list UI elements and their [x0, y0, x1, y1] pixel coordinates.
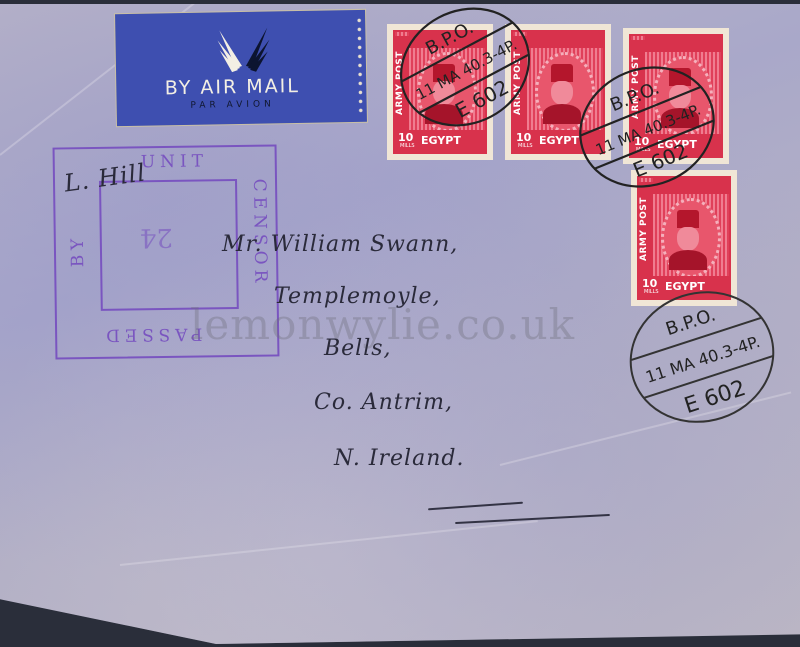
airmail-subtitle: PAR AVION	[117, 98, 349, 112]
stamp-side-text: ARMY POST	[631, 40, 645, 134]
portrait	[551, 64, 573, 82]
stamp-side-text: ARMY POST	[639, 182, 653, 276]
censor-by-text: BY	[68, 234, 88, 268]
stamp-unit: MILLS	[636, 147, 651, 153]
stamp-country: EGYPT	[657, 138, 697, 151]
address-line-2: Templemoyle,	[274, 284, 441, 309]
address-name: Mr. William Swann,	[222, 232, 458, 257]
stamp-country: EGYPT	[421, 134, 461, 147]
stamp-country: EGYPT	[665, 280, 705, 293]
perforation	[357, 16, 363, 116]
airmail-label: BY AIR MAIL PAR AVION	[115, 10, 367, 126]
stamp-face: ARMY POST 10 MILLS EGYPT	[511, 30, 605, 154]
stamp: ARMY POST 10 MILLS EGYPT	[505, 24, 611, 160]
stamp-face: ARMY POST 10 MILLS EGYPT	[629, 34, 723, 158]
stamp-face: ARMY POST 10 MILLS EGYPT	[637, 176, 731, 300]
address-line-4: Co. Antrim,	[314, 390, 453, 415]
stamp: ARMY POST 10 MILLS EGYPT	[387, 24, 493, 160]
censor-passed-text: PASSED	[101, 324, 202, 345]
address-line-3: Bells,	[324, 336, 392, 361]
stamp-face: ARMY POST 10 MILLS EGYPT	[393, 30, 487, 154]
wings-icon	[215, 27, 272, 76]
stamp-unit: MILLS	[400, 143, 415, 149]
stamp: ARMY POST 10 MILLS EGYPT	[631, 170, 737, 306]
stamp-unit: MILLS	[518, 143, 533, 149]
portrait	[677, 210, 699, 228]
stamp: ARMY POST 10 MILLS EGYPT	[623, 28, 729, 164]
envelope-crease	[120, 520, 538, 566]
censor-unit-text: UNIT	[141, 151, 209, 172]
stamp-unit: MILLS	[644, 289, 659, 295]
airmail-title: BY AIR MAIL	[116, 74, 348, 100]
envelope-crease	[500, 391, 792, 466]
portrait	[669, 68, 691, 86]
stamp-country: EGYPT	[539, 134, 579, 147]
censor-number: 24	[140, 222, 174, 252]
address-line-5: N. Ireland.	[334, 446, 464, 471]
stamp-side-text: ARMY POST	[395, 36, 409, 130]
stamp-side-text: ARMY POST	[513, 36, 527, 130]
portrait	[433, 64, 455, 82]
